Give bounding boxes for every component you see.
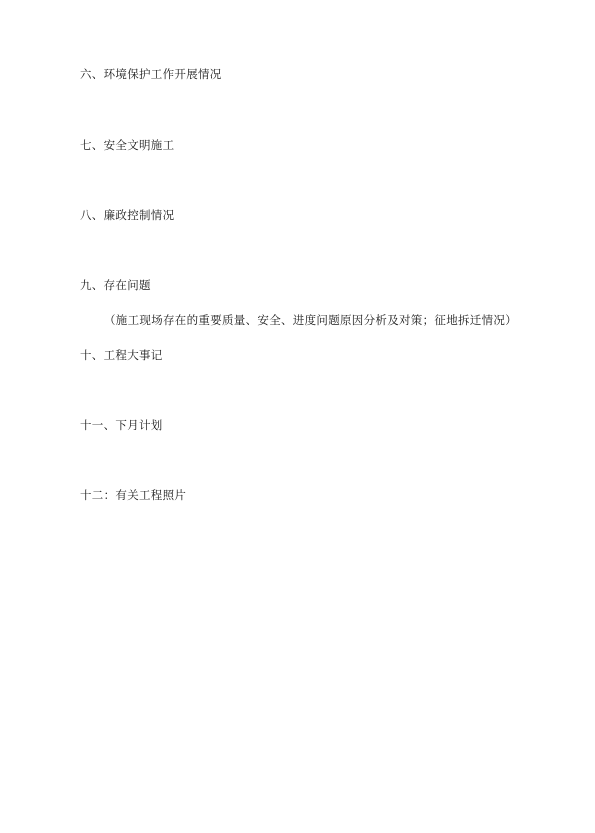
section-heading-project-photos: 十二：有关工程照片 [80, 488, 186, 502]
section-note-existing-problems: （施工现场存在的重要质量、安全、进度问题原因分析及对策；征地拆迁情况） [104, 313, 517, 327]
section-heading-integrity-control: 八、廉政控制情况 [80, 208, 174, 222]
section-heading-environmental-protection: 六、环境保护工作开展情况 [80, 67, 222, 81]
section-heading-major-events: 十、工程大事记 [80, 348, 163, 362]
section-heading-next-month-plan: 十一、下月计划 [80, 418, 163, 432]
section-heading-safe-construction: 七、安全文明施工 [80, 138, 174, 152]
section-heading-existing-problems: 九、存在问题 [80, 278, 151, 292]
